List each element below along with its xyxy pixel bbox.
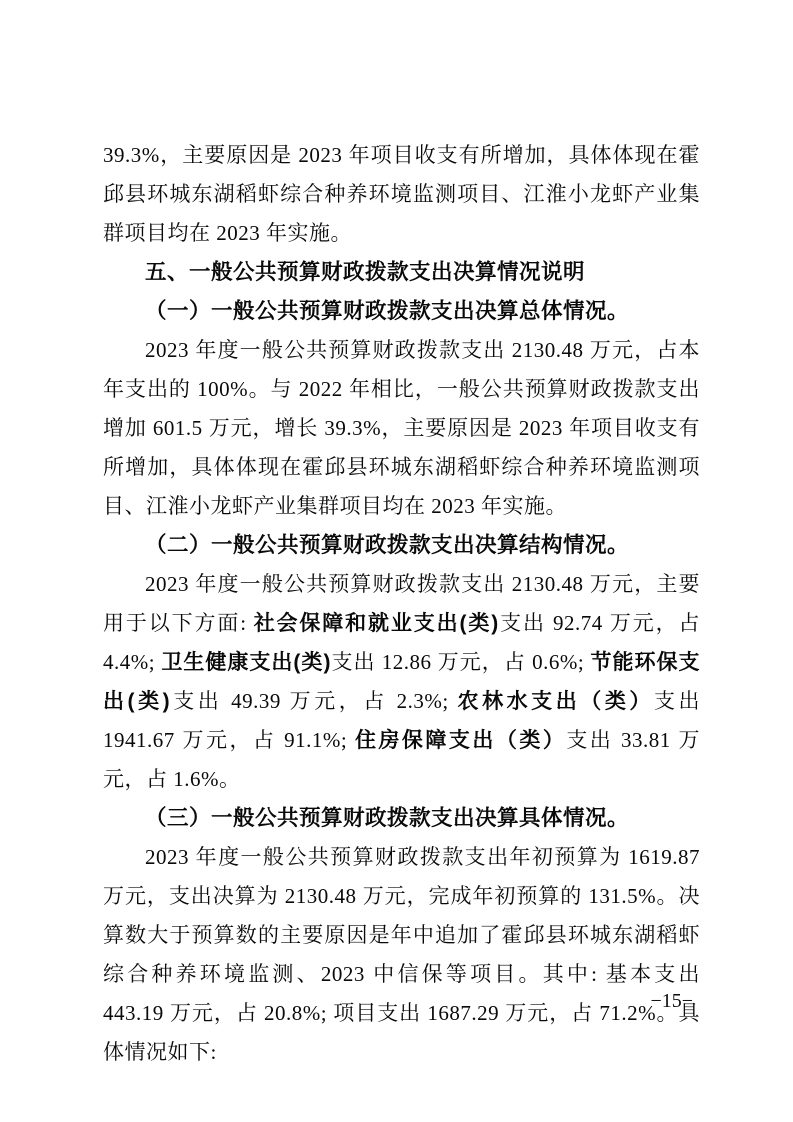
text-run: 39.3%，主要原因是 2023 年项目收支有所增加，具体体现在霍邱县环城东湖稻… [103, 143, 700, 245]
bold-text-run: 住房保障支出（类） [355, 729, 566, 752]
bold-text-run: 五、一般公共预算财政拨款支出决算情况说明 [145, 260, 585, 284]
text-run: 支出 12.86 万元，占 0.6%; [331, 650, 591, 674]
text-run: 支出 49.39 万元，占 2.3%; [170, 689, 457, 713]
bold-text-run: 卫生健康支出(类) [161, 651, 331, 674]
bold-text-run: （一）一般公共预算财政拨款支出决算总体情况。 [145, 299, 629, 323]
paragraph: 2023 年度一般公共预算财政拨款支出 2130.48 万元，主要用于以下方面:… [103, 565, 700, 799]
bold-text-run: （三）一般公共预算财政拨款支出决算具体情况。 [145, 806, 629, 830]
bold-text-run: （二）一般公共预算财政拨款支出决算结构情况。 [145, 533, 629, 557]
bold-text-run: 农林水支出（类） [458, 690, 654, 713]
section-heading: （一）一般公共预算财政拨款支出决算总体情况。 [103, 292, 700, 331]
text-run: 2023 年度一般公共预算财政拨款支出年初预算为 1619.87 万元，支出决算… [103, 845, 700, 1064]
section-heading: 五、一般公共预算财政拨款支出决算情况说明 [103, 253, 700, 292]
paragraph: 2023 年度一般公共预算财政拨款支出 2130.48 万元，占本年支出的 10… [103, 331, 700, 526]
page-number: −15− [650, 988, 693, 1014]
paragraph: 39.3%，主要原因是 2023 年项目收支有所增加，具体体现在霍邱县环城东湖稻… [103, 136, 700, 253]
bold-text-run: 社会保障和就业支出(类) [254, 612, 499, 635]
section-heading: （二）一般公共预算财政拨款支出决算结构情况。 [103, 526, 700, 565]
paragraph: 2023 年度一般公共预算财政拨款支出年初预算为 1619.87 万元，支出决算… [103, 838, 700, 1072]
document-body: 39.3%，主要原因是 2023 年项目收支有所增加，具体体现在霍邱县环城东湖稻… [103, 136, 700, 1072]
text-run: 2023 年度一般公共预算财政拨款支出 2130.48 万元，占本年支出的 10… [103, 338, 700, 518]
document-page: 39.3%，主要原因是 2023 年项目收支有所增加，具体体现在霍邱县环城东湖稻… [0, 0, 793, 1122]
section-heading: （三）一般公共预算财政拨款支出决算具体情况。 [103, 799, 700, 838]
